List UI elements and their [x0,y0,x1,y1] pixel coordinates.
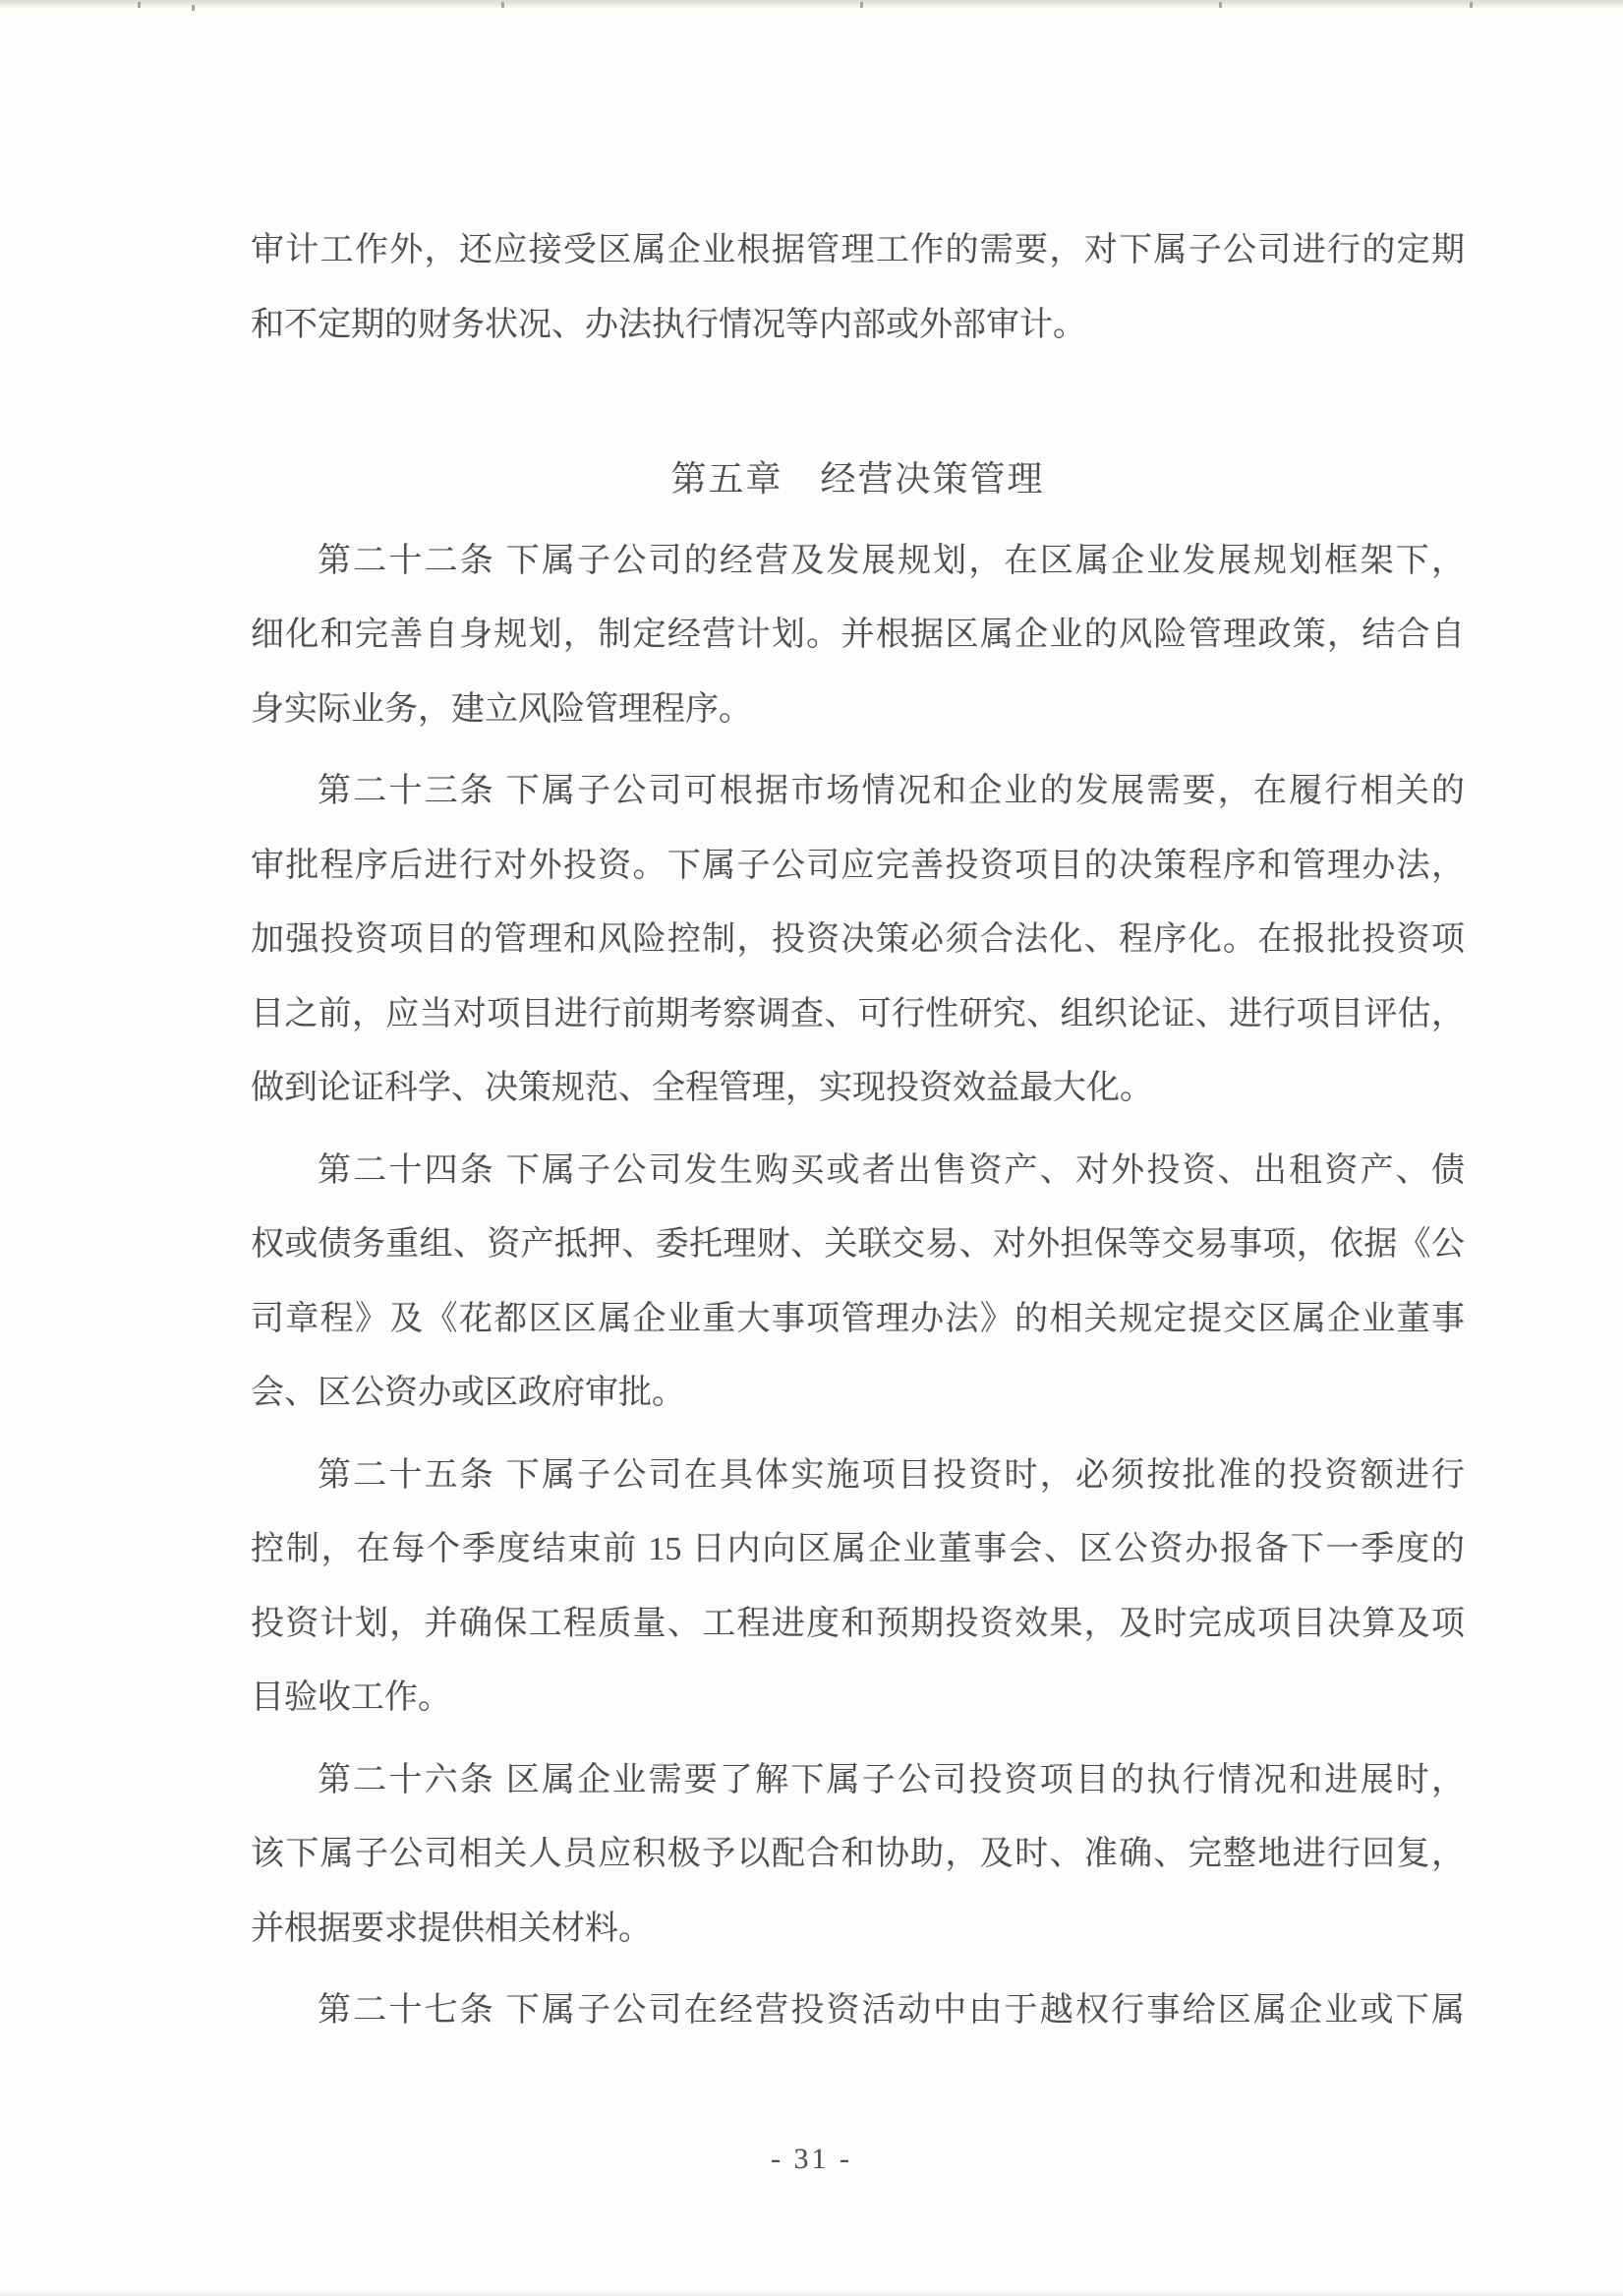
text-line: 身实际业务，建立风险管理程序。 [251,673,1465,747]
text-line: 权或债务重组、资产抵押、委托理财、关联交易、对外担保等交易事项，依据《公 [251,1207,1465,1282]
paragraph: 第二十六条 区属企业需要了解下属子公司投资项目的执行情况和进展时，该下属子公司相… [251,1743,1465,1967]
text-line: 第二十六条 区属企业需要了解下属子公司投资项目的执行情况和进展时， [251,1743,1465,1818]
paragraph: 第二十五条 下属子公司在具体实施项目投资时，必须按批准的投资额进行控制，在每个季… [251,1439,1465,1736]
document-body: 审计工作外，还应接受区属企业根据管理工作的需要，对下属子公司进行的定期和不定期的… [251,213,1465,2048]
document-page: 审计工作外，还应接受区属企业根据管理工作的需要，对下属子公司进行的定期和不定期的… [0,0,1623,2296]
text-line: 控制，在每个季度结束前 15 日内向区属企业董事会、区公资办报备下一季度的 [251,1512,1465,1587]
text-line: 投资计划，并确保工程质量、工程进度和预期投资效果，及时完成项目决算及项 [251,1587,1465,1662]
text-line: 第二十四条 下属子公司发生购买或者出售资产、对外投资、出租资产、债 [251,1134,1465,1208]
text-line: 会、区公资办或区政府审批。 [251,1356,1465,1431]
text-line: 第二十五条 下属子公司在具体实施项目投资时，必须按批准的投资额进行 [251,1439,1465,1513]
paragraph: 第二十三条 下属子公司可根据市场情况和企业的发展需要，在履行相关的审批程序后进行… [251,754,1465,1126]
scan-artifact-tick [1470,2,1473,8]
text-line: 第二十三条 下属子公司可根据市场情况和企业的发展需要，在履行相关的 [251,754,1465,829]
scan-artifact-tick [1219,2,1222,8]
text-line: 细化和完善自身规划，制定经营计划。并根据区属企业的风险管理政策，结合自 [251,598,1465,673]
paragraph: 第二十四条 下属子公司发生购买或者出售资产、对外投资、出租资产、债权或债务重组、… [251,1134,1465,1431]
text-line: 目验收工作。 [251,1661,1465,1736]
text-line: 审批程序后进行对外投资。下属子公司应完善投资项目的决策程序和管理办法， [251,829,1465,904]
page-number: - 31 - [0,2142,1623,2177]
text-line: 和不定期的财务状况、办法执行情况等内部或外部审计。 [251,288,1465,363]
text-line: 审计工作外，还应接受区属企业根据管理工作的需要，对下属子公司进行的定期 [251,213,1465,288]
paragraph: 第二十七条 下属子公司在经营投资活动中由于越权行事给区属企业或下属 [251,1973,1465,2048]
text-line: 该下属子公司相关人员应积极予以配合和协助，及时、准确、完整地进行回复， [251,1817,1465,1892]
scan-artifact-top-band [0,0,1623,9]
text-line: 加强投资项目的管理和风险控制，投资决策必须合法化、程序化。在报批投资项 [251,903,1465,977]
scan-artifact-tick [138,2,141,8]
scan-artifact-tick [192,5,195,11]
text-line: 司章程》及《花都区区属企业重大事项管理办法》的相关规定提交区属企业董事 [251,1282,1465,1357]
text-line: 目之前，应当对项目进行前期考察调查、可行性研究、组织论证、进行项目评估， [251,977,1465,1052]
text-line: 第二十七条 下属子公司在经营投资活动中由于越权行事给区属企业或下属 [251,1973,1465,2048]
chapter-heading: 第五章 经营决策管理 [251,442,1465,516]
scan-artifact-tick [860,2,863,8]
scan-artifact-bottom-band [0,2290,1623,2296]
paragraph: 第二十二条 下属子公司的经营及发展规划，在区属企业发展规划框架下，细化和完善自身… [251,524,1465,747]
scan-artifact-tick [501,2,504,8]
paragraph: 审计工作外，还应接受区属企业根据管理工作的需要，对下属子公司进行的定期和不定期的… [251,213,1465,362]
text-line: 并根据要求提供相关材料。 [251,1892,1465,1967]
text-line: 第二十二条 下属子公司的经营及发展规划，在区属企业发展规划框架下， [251,524,1465,599]
text-line: 做到论证科学、决策规范、全程管理，实现投资效益最大化。 [251,1051,1465,1126]
